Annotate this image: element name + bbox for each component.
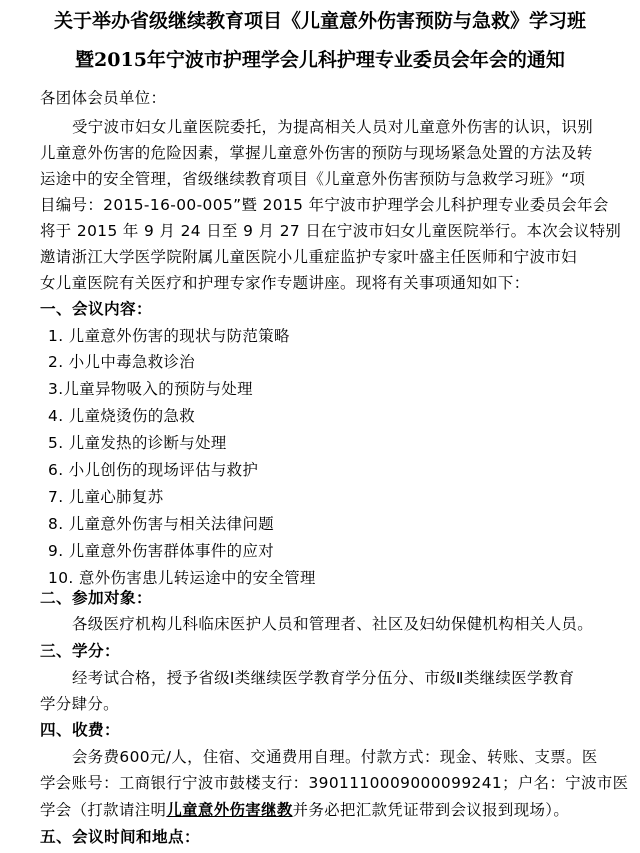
- section-heading-fees: 四、收费：: [40, 718, 120, 740]
- fees-text-pre: 学会（打款请注明: [40, 801, 166, 819]
- list-item: 3.儿童异物吸入的预防与处理: [48, 377, 253, 399]
- intro-line: 受宁波市妇女儿童医院委托，为提高相关人员对儿童意外伤害的认识，识别: [72, 115, 593, 137]
- section-heading-credits: 三、学分：: [40, 639, 120, 661]
- list-item: 2. 小儿中毒急救诊治: [48, 350, 195, 372]
- participants-text: 各级医疗机构儿科临床医护人员和管理者、社区及妇幼保健机构相关人员。: [72, 612, 593, 634]
- salutation: 各团体会员单位：: [40, 86, 166, 108]
- list-item: 8. 儿童意外伤害与相关法律问题: [48, 512, 274, 534]
- list-item: 5. 儿童发热的诊断与处理: [48, 431, 227, 453]
- credits-text: 经考试合格，授予省级Ⅰ类继续医学教育学分伍分、市级Ⅱ类继续医学教育: [72, 666, 574, 688]
- list-item: 7. 儿童心肺复苏: [48, 485, 164, 507]
- intro-line: 女儿童医院有关医疗和护理专家作专题讲座。现将有关事项通知如下：: [40, 271, 530, 293]
- title-line-2: 暨2015年宁波市护理学会儿科护理专业委员会年会的通知: [0, 45, 640, 72]
- list-item: 4. 儿童烧烫伤的急救: [48, 404, 195, 426]
- section-heading-time-place: 五、会议时间和地点：: [40, 825, 200, 847]
- fees-text: 学会账号：工商银行宁波市鼓楼支行：3901110009000099241；户名：…: [40, 771, 628, 793]
- section-heading-participants: 二、参加对象：: [40, 586, 152, 608]
- title-line-1: 关于举办省级继续教育项目《儿童意外伤害预防与急救》学习班: [0, 6, 640, 33]
- intro-line: 将于 2015 年 9 月 24 日至 9 月 27 日在宁波市妇女儿童医院举行…: [40, 219, 621, 241]
- list-item: 9. 儿童意外伤害群体事件的应对: [48, 539, 274, 561]
- intro-line: 目编号：2015-16-00-005”暨 2015 年宁波市护理学会儿科护理专业…: [40, 193, 609, 215]
- list-item: 10. 意外伤害患儿转运途中的安全管理: [48, 566, 316, 588]
- payment-note-highlight: 儿童意外伤害继教: [166, 801, 292, 819]
- intro-line: 邀请浙江大学医学院附属儿童医院小儿重症监护专家叶盛主任医师和宁波市妇: [40, 245, 577, 267]
- list-item: 6. 小儿创伤的现场评估与救护: [48, 458, 258, 480]
- intro-line: 儿童意外伤害的危险因素，掌握儿童意外伤害的预防与现场紧急处置的方法及转: [40, 141, 593, 163]
- list-item: 1. 儿童意外伤害的现状与防范策略: [48, 324, 290, 346]
- fees-text: 会务费600元/人，住宿、交通费用自理。付款方式：现金、转账、支票。医: [72, 745, 598, 767]
- credits-text: 学分肆分。: [40, 692, 119, 714]
- fees-text: 学会（打款请注明儿童意外伤害继教并务必把汇款凭证带到会议报到现场）。: [40, 798, 569, 820]
- section-heading-content: 一、会议内容：: [40, 297, 152, 319]
- fees-text-post: 并务必把汇款凭证带到会议报到现场）。: [293, 801, 570, 819]
- intro-line: 运途中的安全管理，省级继续教育项目《儿童意外伤害预防与急救学习班》“项: [40, 167, 585, 189]
